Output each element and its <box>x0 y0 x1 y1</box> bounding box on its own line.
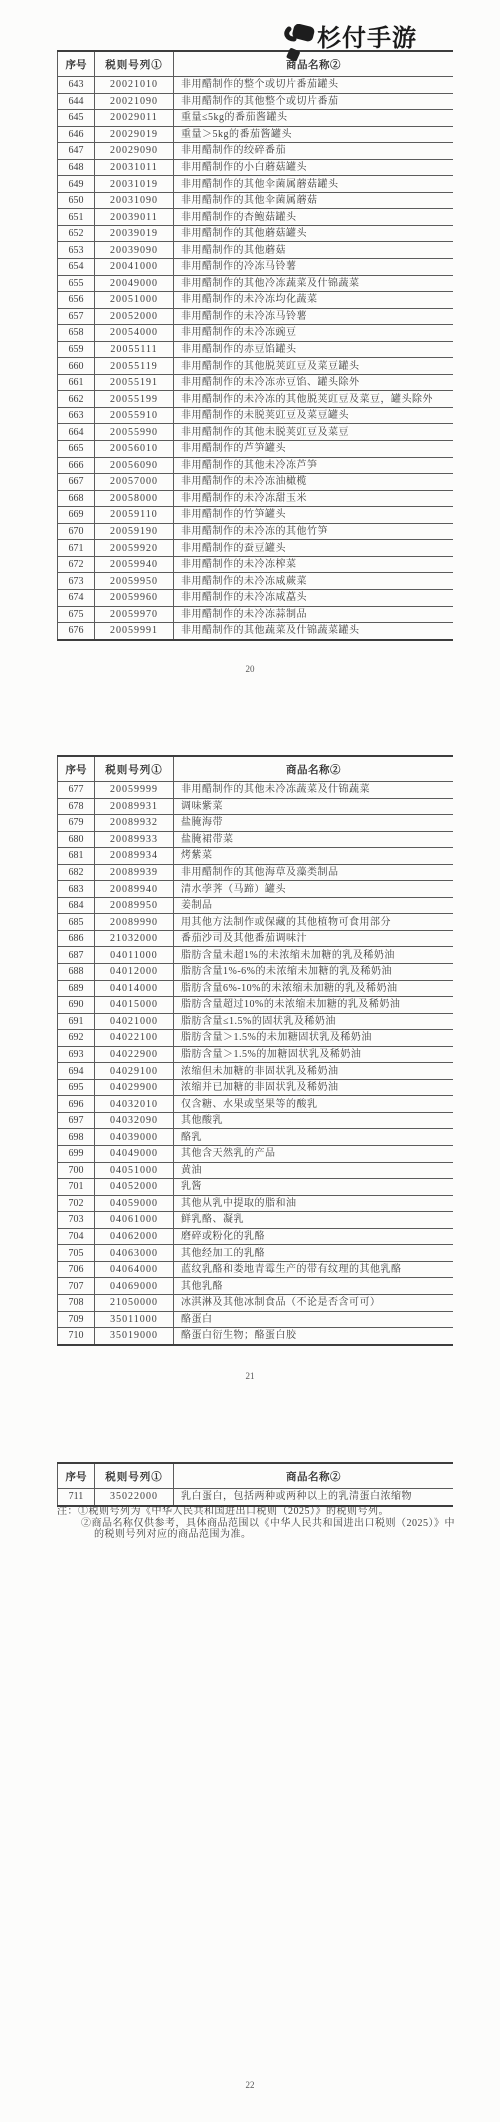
serial-cell: 658 <box>58 325 95 342</box>
serial-cell: 711 <box>58 1489 95 1506</box>
tariff-code-cell: 20057000 <box>95 474 174 491</box>
table-row: 66820058000非用醋制作的未冷冻甜玉米 <box>58 490 454 507</box>
table-row: 66920059110非用醋制作的竹笋罐头 <box>58 507 454 524</box>
serial-cell: 684 <box>58 897 95 914</box>
product-name-cell: 非用醋制作的未冷冻甜玉米 <box>174 490 454 507</box>
table-body: 64320021010非用醋制作的整个或切片番茄罐头64420021090非用醋… <box>58 77 454 640</box>
tariff-code-cell: 20029019 <box>95 126 174 143</box>
serial-cell: 691 <box>58 1013 95 1030</box>
serial-cell: 708 <box>58 1294 95 1311</box>
table-row: 69004015000脂肪含量超过10%的未浓缩未加糖的乳及稀奶油 <box>58 997 454 1014</box>
tariff-code-cell: 04064000 <box>95 1261 174 1278</box>
tariff-code-cell: 04015000 <box>95 997 174 1014</box>
table-row: 64520029011重量≤5kg的番茄酱罐头 <box>58 110 454 127</box>
tariff-code-cell: 20039011 <box>95 209 174 226</box>
tariff-code-cell: 20059991 <box>95 623 174 640</box>
serial-cell: 705 <box>58 1245 95 1262</box>
product-name-cell: 乳白蛋白，包括两种或两种以上的乳清蛋白浓缩物 <box>174 1489 454 1506</box>
tariff-code-cell: 35019000 <box>95 1328 174 1345</box>
serial-cell: 664 <box>58 424 95 441</box>
table-row: 64420021090非用醋制作的其他整个或切片番茄 <box>58 93 454 110</box>
serial-cell: 652 <box>58 225 95 242</box>
table-row: 68804012000脂肪含量1%-6%的未浓缩未加糖的乳及稀奶油 <box>58 964 454 981</box>
serial-cell: 643 <box>58 77 95 94</box>
product-name-cell: 鲜乳酪、凝乳 <box>174 1212 454 1229</box>
table-row: 69204022100脂肪含量＞1.5%的未加糖固状乳及稀奶油 <box>58 1030 454 1047</box>
table-row: 64920031019非用醋制作的其他伞菌属蘑菇罐头 <box>58 176 454 193</box>
table-row: 66620056090非用醋制作的其他未冷冻芦笋 <box>58 457 454 474</box>
tariff-code-cell: 04011000 <box>95 947 174 964</box>
serial-cell: 667 <box>58 474 95 491</box>
table-row: 70504063000其他经加工的乳酪 <box>58 1245 454 1262</box>
tariff-code-cell: 20089990 <box>95 914 174 931</box>
tariff-table-section-p22: 序号 税则号列① 商品名称② 71135022000乳白蛋白，包括两种或两种以上… <box>57 1462 453 1507</box>
table-row: 68220089939非用醋制作的其他海草及藻类制品 <box>58 864 454 881</box>
serial-cell: 651 <box>58 209 95 226</box>
tariff-table-section-p21: 序号 税则号列① 商品名称② 67720059999非用醋制作的其他未冷冻蔬菜及… <box>57 755 453 1346</box>
product-name-cell: 非用醋制作的其他未冷冻芦笋 <box>174 457 454 474</box>
tariff-table-section-p20: 序号 税则号列① 商品名称② 64320021010非用醋制作的整个或切片番茄罐… <box>57 50 453 641</box>
table-row: 70604064000蓝纹乳酪和娄地青霉生产的带有纹理的其他乳酪 <box>58 1261 454 1278</box>
serial-cell: 654 <box>58 259 95 276</box>
tariff-code-cell: 04069000 <box>95 1278 174 1295</box>
tariff-code-cell: 20055111 <box>95 341 174 358</box>
tariff-code-cell: 20055191 <box>95 374 174 391</box>
serial-cell: 695 <box>58 1079 95 1096</box>
serial-cell: 673 <box>58 573 95 590</box>
table-row: 69404029100浓缩但未加糖的非固状乳及稀奶油 <box>58 1063 454 1080</box>
tariff-code-cell: 20058000 <box>95 490 174 507</box>
product-name-cell: 非用醋制作的未冷冻均化蔬菜 <box>174 292 454 309</box>
table-row: 65320039090非用醋制作的其他蘑菇 <box>58 242 454 259</box>
serial-cell: 645 <box>58 110 95 127</box>
table-row: 66020055119非用醋制作的其他脱荚豇豆及菜豆罐头 <box>58 358 454 375</box>
serial-cell: 680 <box>58 831 95 848</box>
tariff-code-cell: 04029900 <box>95 1079 174 1096</box>
hand-tap-logo-icon <box>281 24 315 71</box>
tariff-code-cell: 04061000 <box>95 1212 174 1229</box>
table-row: 71135022000乳白蛋白，包括两种或两种以上的乳清蛋白浓缩物 <box>58 1489 454 1506</box>
table-row: 70304061000鲜乳酪、凝乳 <box>58 1212 454 1229</box>
table-row: 66120055191非用醋制作的未冷冻赤豆馅、罐头除外 <box>58 374 454 391</box>
serial-cell: 687 <box>58 947 95 964</box>
serial-cell: 682 <box>58 864 95 881</box>
tariff-code-cell: 20051000 <box>95 292 174 309</box>
product-name-cell: 非用醋制作的冷冻马铃薯 <box>174 259 454 276</box>
table-header-row: 序号 税则号列① 商品名称② <box>58 756 454 782</box>
watermark: 杉付手游 <box>281 24 417 71</box>
table-row: 65220039019非用醋制作的其他蘑菇罐头 <box>58 225 454 242</box>
serial-cell: 701 <box>58 1179 95 1196</box>
tariff-code-cell: 20059960 <box>95 589 174 606</box>
tariff-table: 序号 税则号列① 商品名称② 67720059999非用醋制作的其他未冷冻蔬菜及… <box>57 755 453 1346</box>
table-row: 65620051000非用醋制作的未冷冻均化蔬菜 <box>58 292 454 309</box>
table-row: 67520059970非用醋制作的未冷冻蒜制品 <box>58 606 454 623</box>
table-row: 67620059991非用醋制作的其他蔬菜及什锦蔬菜罐头 <box>58 623 454 640</box>
serial-cell: 671 <box>58 540 95 557</box>
serial-cell: 683 <box>58 881 95 898</box>
tariff-code-cell: 20049000 <box>95 275 174 292</box>
table-row: 66420055990非用醋制作的其他未脱荚豇豆及菜豆 <box>58 424 454 441</box>
product-name-cell: 非用醋制作的芦笋罐头 <box>174 441 454 458</box>
table-row: 70004051000黄油 <box>58 1162 454 1179</box>
product-name-cell: 非用醋制作的未冷冻榨菜 <box>174 556 454 573</box>
footnote-line: 的税则号列对应的商品范围为准。 <box>94 1529 461 1541</box>
product-name-cell: 番茄沙司及其他番茄调味汁 <box>174 930 454 947</box>
tariff-code-cell: 20029011 <box>95 110 174 127</box>
serial-cell: 678 <box>58 798 95 815</box>
product-name-cell: 非用醋制作的其他未脱荚豇豆及菜豆 <box>174 424 454 441</box>
product-name-cell: 酪蛋白 <box>174 1311 454 1328</box>
header-tariff-code: 税则号列① <box>95 756 174 782</box>
tariff-code-cell: 20052000 <box>95 308 174 325</box>
product-name-cell: 脂肪含量1%-6%的未浓缩未加糖的乳及稀奶油 <box>174 964 454 981</box>
product-name-cell: 脂肪含量6%-10%的未浓缩未加糖的乳及稀奶油 <box>174 980 454 997</box>
serial-cell: 644 <box>58 93 95 110</box>
product-name-cell: 非用醋制作的杏鲍菇罐头 <box>174 209 454 226</box>
table-row: 67020059190非用醋制作的未冷冻的其他竹笋 <box>58 523 454 540</box>
serial-cell: 650 <box>58 192 95 209</box>
tariff-code-cell: 20055910 <box>95 407 174 424</box>
table-body: 71135022000乳白蛋白，包括两种或两种以上的乳清蛋白浓缩物 <box>58 1489 454 1506</box>
tariff-code-cell: 20089934 <box>95 848 174 865</box>
table-header-row: 序号 税则号列① 商品名称② <box>58 1463 454 1489</box>
product-name-cell: 非用醋制作的未冷冻咸蕨菜 <box>174 573 454 590</box>
tariff-code-cell: 20089932 <box>95 815 174 832</box>
table-row: 69104021000脂肪含量≤1.5%的固状乳及稀奶油 <box>58 1013 454 1030</box>
serial-cell: 710 <box>58 1328 95 1345</box>
tariff-code-cell: 20059920 <box>95 540 174 557</box>
footnotes: 注：①税则号列为《中华人民共和国进出口税则（2025）》的税则号列。②商品名称仅… <box>57 1506 461 1541</box>
serial-cell: 703 <box>58 1212 95 1229</box>
product-name-cell: 非用醋制作的蚕豆罐头 <box>174 540 454 557</box>
serial-cell: 663 <box>58 407 95 424</box>
product-name-cell: 浓缩并已加糖的非固状乳及稀奶油 <box>174 1079 454 1096</box>
page-number: 22 <box>0 2080 500 2090</box>
tariff-code-cell: 35022000 <box>95 1489 174 1506</box>
tariff-code-cell: 20021010 <box>95 77 174 94</box>
watermark-brand-text: 杉付手游 <box>317 26 417 52</box>
serial-cell: 704 <box>58 1228 95 1245</box>
product-name-cell: 非用醋制作的其他蘑菇罐头 <box>174 225 454 242</box>
product-name-cell: 黄油 <box>174 1162 454 1179</box>
product-name-cell: 酪乳 <box>174 1129 454 1146</box>
tariff-code-cell: 04022100 <box>95 1030 174 1047</box>
table-row: 65020031090非用醋制作的其他伞菌属蘑菇 <box>58 192 454 209</box>
tariff-table: 序号 税则号列① 商品名称② 71135022000乳白蛋白，包括两种或两种以上… <box>57 1462 453 1507</box>
product-name-cell: 非用醋制作的未冷冻的其他竹笋 <box>174 523 454 540</box>
tariff-code-cell: 20089931 <box>95 798 174 815</box>
product-name-cell: 脂肪含量≤1.5%的固状乳及稀奶油 <box>174 1013 454 1030</box>
serial-cell: 656 <box>58 292 95 309</box>
tariff-code-cell: 04051000 <box>95 1162 174 1179</box>
table-row: 69704032090其他酸乳 <box>58 1112 454 1129</box>
serial-cell: 674 <box>58 589 95 606</box>
serial-cell: 697 <box>58 1112 95 1129</box>
product-name-cell: 非用醋制作的整个或切片番茄罐头 <box>174 77 454 94</box>
table-row: 65420041000非用醋制作的冷冻马铃薯 <box>58 259 454 276</box>
tariff-code-cell: 20056010 <box>95 441 174 458</box>
product-name-cell: 非用醋制作的其他蘑菇 <box>174 242 454 259</box>
tariff-code-cell: 21050000 <box>95 1294 174 1311</box>
header-tariff-code: 税则号列① <box>95 1463 174 1489</box>
product-name-cell: 仅含糖、水果或坚果等的酸乳 <box>174 1096 454 1113</box>
product-name-cell: 盐腌裙带菜 <box>174 831 454 848</box>
table-row: 68621032000番茄沙司及其他番茄调味汁 <box>58 930 454 947</box>
serial-cell: 647 <box>58 143 95 160</box>
product-name-cell: 脂肪含量＞1.5%的未加糖固状乳及稀奶油 <box>174 1030 454 1047</box>
tariff-code-cell: 20089950 <box>95 897 174 914</box>
product-name-cell: 非用醋制作的其他整个或切片番茄 <box>174 93 454 110</box>
tariff-code-cell: 04062000 <box>95 1228 174 1245</box>
tariff-code-cell: 04049000 <box>95 1146 174 1163</box>
tariff-code-cell: 20039090 <box>95 242 174 259</box>
table-row: 66520056010非用醋制作的芦笋罐头 <box>58 441 454 458</box>
table-row: 67120059920非用醋制作的蚕豆罐头 <box>58 540 454 557</box>
product-name-cell: 调味紫菜 <box>174 798 454 815</box>
tariff-code-cell: 04059000 <box>95 1195 174 1212</box>
tariff-code-cell: 20059970 <box>95 606 174 623</box>
tariff-code-cell: 20059940 <box>95 556 174 573</box>
tariff-code-cell: 04032090 <box>95 1112 174 1129</box>
serial-cell: 676 <box>58 623 95 640</box>
product-name-cell: 非用醋制作的未脱荚豇豆及菜豆罐头 <box>174 407 454 424</box>
tariff-code-cell: 20054000 <box>95 325 174 342</box>
tariff-code-cell: 04014000 <box>95 980 174 997</box>
serial-cell: 665 <box>58 441 95 458</box>
product-name-cell: 烤紫菜 <box>174 848 454 865</box>
serial-cell: 655 <box>58 275 95 292</box>
product-name-cell: 浓缩但未加糖的非固状乳及稀奶油 <box>174 1063 454 1080</box>
tariff-code-cell: 20021090 <box>95 93 174 110</box>
product-name-cell: 蓝纹乳酪和娄地青霉生产的带有纹理的其他乳酪 <box>174 1261 454 1278</box>
table-row: 70704069000其他乳酪 <box>58 1278 454 1295</box>
tariff-code-cell: 20029090 <box>95 143 174 160</box>
table-row: 70104052000乳酱 <box>58 1179 454 1196</box>
scanned-document-page: 杉付手游 序号 税则号列① 商品名称② 64320021010非用醋制作的整个或… <box>0 0 500 2122</box>
serial-cell: 666 <box>58 457 95 474</box>
serial-cell: 707 <box>58 1278 95 1295</box>
table-row: 64720029090非用醋制作的绞碎番茄 <box>58 143 454 160</box>
tariff-code-cell: 04039000 <box>95 1129 174 1146</box>
product-name-cell: 非用醋制作的其他脱荚豇豆及菜豆罐头 <box>174 358 454 375</box>
product-name-cell: 非用醋制作的其他伞菌属蘑菇 <box>174 192 454 209</box>
header-product-name: 商品名称② <box>174 756 454 782</box>
table-row: 67220059940非用醋制作的未冷冻榨菜 <box>58 556 454 573</box>
table-row: 68320089940清水荸荠（马蹄）罐头 <box>58 881 454 898</box>
serial-cell: 653 <box>58 242 95 259</box>
product-name-cell: 重量＞5kg的番茄酱罐头 <box>174 126 454 143</box>
product-name-cell: 非用醋制作的其他蔬菜及什锦蔬菜罐头 <box>174 623 454 640</box>
table-row: 66320055910非用醋制作的未脱荚豇豆及菜豆罐头 <box>58 407 454 424</box>
serial-cell: 700 <box>58 1162 95 1179</box>
product-name-cell: 非用醋制作的绞碎番茄 <box>174 143 454 160</box>
footnote-line: 注：①税则号列为《中华人民共和国进出口税则（2025）》的税则号列。 <box>57 1506 461 1518</box>
product-name-cell: 其他经加工的乳酪 <box>174 1245 454 1262</box>
serial-cell: 709 <box>58 1311 95 1328</box>
product-name-cell: 非用醋制作的竹笋罐头 <box>174 507 454 524</box>
product-name-cell: 脂肪含量未超1%的未浓缩未加糖的乳及稀奶油 <box>174 947 454 964</box>
tariff-code-cell: 20055199 <box>95 391 174 408</box>
product-name-cell: 其他酸乳 <box>174 1112 454 1129</box>
serial-cell: 698 <box>58 1129 95 1146</box>
serial-cell: 659 <box>58 341 95 358</box>
tariff-code-cell: 20055119 <box>95 358 174 375</box>
table-row: 67420059960非用醋制作的未冷冻咸藠头 <box>58 589 454 606</box>
table-row: 65920055111非用醋制作的赤豆馅罐头 <box>58 341 454 358</box>
table-row: 69604032010仅含糖、水果或坚果等的酸乳 <box>58 1096 454 1113</box>
table-row: 64620029019重量＞5kg的番茄酱罐头 <box>58 126 454 143</box>
tariff-code-cell: 20089940 <box>95 881 174 898</box>
tariff-code-cell: 20059999 <box>95 782 174 799</box>
table-row: 68120089934烤紫菜 <box>58 848 454 865</box>
table-row: 69304022900脂肪含量＞1.5%的加糖固状乳及稀奶油 <box>58 1046 454 1063</box>
serial-cell: 661 <box>58 374 95 391</box>
tariff-code-cell: 04029100 <box>95 1063 174 1080</box>
serial-cell: 702 <box>58 1195 95 1212</box>
tariff-code-cell: 20039019 <box>95 225 174 242</box>
serial-cell: 670 <box>58 523 95 540</box>
tariff-code-cell: 04063000 <box>95 1245 174 1262</box>
table-row: 68520089990用其他方法制作或保藏的其他植物可食用部分 <box>58 914 454 931</box>
product-name-cell: 非用醋制作的未冷冻赤豆馅、罐头除外 <box>174 374 454 391</box>
serial-cell: 699 <box>58 1146 95 1163</box>
serial-cell: 668 <box>58 490 95 507</box>
product-name-cell: 其他含天然乳的产品 <box>174 1146 454 1163</box>
tariff-code-cell: 20055990 <box>95 424 174 441</box>
table-row: 69504029900浓缩并已加糖的非固状乳及稀奶油 <box>58 1079 454 1096</box>
serial-cell: 646 <box>58 126 95 143</box>
serial-cell: 648 <box>58 159 95 176</box>
product-name-cell: 非用醋制作的未冷冻的其他脱荚豇豆及菜豆，罐头除外 <box>174 391 454 408</box>
table-row: 64320021010非用醋制作的整个或切片番茄罐头 <box>58 77 454 94</box>
serial-cell: 690 <box>58 997 95 1014</box>
serial-cell: 685 <box>58 914 95 931</box>
page-number: 21 <box>0 1371 500 1381</box>
tariff-code-cell: 04052000 <box>95 1179 174 1196</box>
table-row: 69804039000酪乳 <box>58 1129 454 1146</box>
table-row: 68020089933盐腌裙带菜 <box>58 831 454 848</box>
product-name-cell: 非用醋制作的未冷冻蒜制品 <box>174 606 454 623</box>
table-row: 70821050000冰淇淋及其他冰制食品（不论是否含可可） <box>58 1294 454 1311</box>
table-row: 67320059950非用醋制作的未冷冻咸蕨菜 <box>58 573 454 590</box>
serial-cell: 672 <box>58 556 95 573</box>
product-name-cell: 磨碎或粉化的乳酪 <box>174 1228 454 1245</box>
product-name-cell: 用其他方法制作或保藏的其他植物可食用部分 <box>174 914 454 931</box>
table-row: 66720057000非用醋制作的未冷冻油橄榄 <box>58 474 454 491</box>
table-row: 67720059999非用醋制作的其他未冷冻蔬菜及什锦蔬菜 <box>58 782 454 799</box>
table-body: 67720059999非用醋制作的其他未冷冻蔬菜及什锦蔬菜67820089931… <box>58 782 454 1345</box>
product-name-cell: 非用醋制作的小白蘑菇罐头 <box>174 159 454 176</box>
tariff-code-cell: 04012000 <box>95 964 174 981</box>
serial-cell: 692 <box>58 1030 95 1047</box>
product-name-cell: 其他乳酪 <box>174 1278 454 1295</box>
table-row: 68904014000脂肪含量6%-10%的未浓缩未加糖的乳及稀奶油 <box>58 980 454 997</box>
tariff-code-cell: 20089939 <box>95 864 174 881</box>
tariff-code-cell: 04021000 <box>95 1013 174 1030</box>
product-name-cell: 冰淇淋及其他冰制食品（不论是否含可可） <box>174 1294 454 1311</box>
serial-cell: 686 <box>58 930 95 947</box>
tariff-code-cell: 20059190 <box>95 523 174 540</box>
table-row: 68704011000脂肪含量未超1%的未浓缩未加糖的乳及稀奶油 <box>58 947 454 964</box>
serial-cell: 681 <box>58 848 95 865</box>
header-tariff-code: 税则号列① <box>95 51 174 77</box>
table-row: 67820089931调味紫菜 <box>58 798 454 815</box>
product-name-cell: 非用醋制作的其他伞菌属蘑菇罐头 <box>174 176 454 193</box>
table-row: 70204059000其他从乳中提取的脂和油 <box>58 1195 454 1212</box>
product-name-cell: 清水荸荠（马蹄）罐头 <box>174 881 454 898</box>
serial-cell: 696 <box>58 1096 95 1113</box>
tariff-code-cell: 20059110 <box>95 507 174 524</box>
tariff-code-cell: 21032000 <box>95 930 174 947</box>
product-name-cell: 盐腌海带 <box>174 815 454 832</box>
product-name-cell: 非用醋制作的赤豆馅罐头 <box>174 341 454 358</box>
product-name-cell: 非用醋制作的未冷冻油橄榄 <box>174 474 454 491</box>
tariff-code-cell: 20031011 <box>95 159 174 176</box>
table-row: 66220055199非用醋制作的未冷冻的其他脱荚豇豆及菜豆，罐头除外 <box>58 391 454 408</box>
serial-cell: 649 <box>58 176 95 193</box>
header-serial-number: 序号 <box>58 756 95 782</box>
product-name-cell: 乳酱 <box>174 1179 454 1196</box>
tariff-code-cell: 35011000 <box>95 1311 174 1328</box>
tariff-code-cell: 04032010 <box>95 1096 174 1113</box>
page-number: 20 <box>0 664 500 674</box>
serial-cell: 660 <box>58 358 95 375</box>
serial-cell: 706 <box>58 1261 95 1278</box>
product-name-cell: 非用醋制作的其他冷冻蔬菜及什锦蔬菜 <box>174 275 454 292</box>
tariff-code-cell: 04022900 <box>95 1046 174 1063</box>
serial-cell: 662 <box>58 391 95 408</box>
table-row: 70935011000酪蛋白 <box>58 1311 454 1328</box>
table-row: 70404062000磨碎或粉化的乳酪 <box>58 1228 454 1245</box>
table-row: 68420089950姜制品 <box>58 897 454 914</box>
serial-cell: 679 <box>58 815 95 832</box>
tariff-code-cell: 20031019 <box>95 176 174 193</box>
serial-cell: 694 <box>58 1063 95 1080</box>
serial-cell: 688 <box>58 964 95 981</box>
product-name-cell: 重量≤5kg的番茄酱罐头 <box>174 110 454 127</box>
table-row: 69904049000其他含天然乳的产品 <box>58 1146 454 1163</box>
product-name-cell: 酪蛋白衍生物；酪蛋白胶 <box>174 1328 454 1345</box>
serial-cell: 657 <box>58 308 95 325</box>
table-row: 65520049000非用醋制作的其他冷冻蔬菜及什锦蔬菜 <box>58 275 454 292</box>
product-name-cell: 非用醋制作的未冷冻咸藠头 <box>174 589 454 606</box>
footnote-line: ②商品名称仅供参考，具体商品范围以《中华人民共和国进出口税则（2025）》中 <box>81 1518 461 1530</box>
product-name-cell: 脂肪含量超过10%的未浓缩未加糖的乳及稀奶油 <box>174 997 454 1014</box>
table-row: 65120039011非用醋制作的杏鲍菇罐头 <box>58 209 454 226</box>
product-name-cell: 脂肪含量＞1.5%的加糖固状乳及稀奶油 <box>174 1046 454 1063</box>
tariff-table: 序号 税则号列① 商品名称② 64320021010非用醋制作的整个或切片番茄罐… <box>57 50 453 641</box>
tariff-code-cell: 20041000 <box>95 259 174 276</box>
serial-cell: 675 <box>58 606 95 623</box>
table-row: 67920089932盐腌海带 <box>58 815 454 832</box>
header-product-name: 商品名称② <box>174 1463 454 1489</box>
header-serial-number: 序号 <box>58 51 95 77</box>
product-name-cell: 非用醋制作的未冷冻豌豆 <box>174 325 454 342</box>
product-name-cell: 姜制品 <box>174 897 454 914</box>
table-row: 65820054000非用醋制作的未冷冻豌豆 <box>58 325 454 342</box>
product-name-cell: 非用醋制作的其他海草及藻类制品 <box>174 864 454 881</box>
tariff-code-cell: 20031090 <box>95 192 174 209</box>
serial-cell: 693 <box>58 1046 95 1063</box>
table-row: 64820031011非用醋制作的小白蘑菇罐头 <box>58 159 454 176</box>
tariff-code-cell: 20056090 <box>95 457 174 474</box>
tariff-code-cell: 20089933 <box>95 831 174 848</box>
table-row: 71035019000酪蛋白衍生物；酪蛋白胶 <box>58 1328 454 1345</box>
serial-cell: 689 <box>58 980 95 997</box>
table-row: 65720052000非用醋制作的未冷冻马铃薯 <box>58 308 454 325</box>
header-serial-number: 序号 <box>58 1463 95 1489</box>
